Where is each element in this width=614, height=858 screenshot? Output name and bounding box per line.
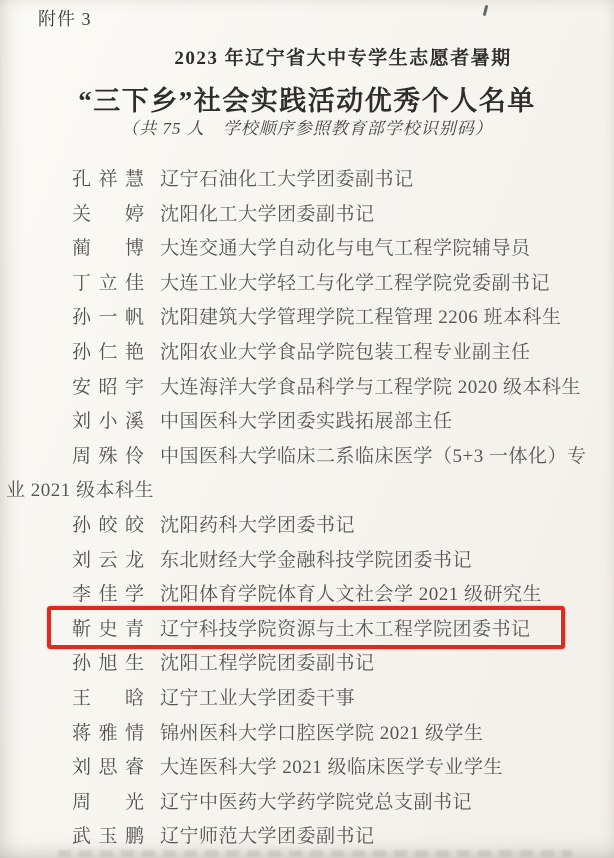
entry-description: 辽宁科技学院资源与土木工程学院团委书记 [160, 619, 531, 640]
entry-description: 沈阳药科大学团委书记 [160, 515, 355, 536]
entry-person-name: 蔺 博 [72, 232, 144, 267]
list-entry: 李佳学沈阳体育学院体育人文社会学 2021 级研究生 [0, 578, 614, 613]
list-entry: 孙旭生沈阳工程学院团委副书记 [0, 647, 614, 682]
entry-line: 蔺 博大连交通大学自动化与电气工程学院辅导员 [0, 232, 614, 267]
entry-description: 大连交通大学自动化与电气工程学院辅导员 [160, 238, 531, 259]
entry-person-name: 靳史青 [72, 613, 144, 648]
list-entry: 刘云龙东北财经大学金融科技学院团委书记 [0, 544, 614, 579]
page-edge-artifact [58, 850, 572, 857]
entry-description: 中国医科大学团委实践拓展部主任 [160, 411, 453, 432]
entry-person-name: 王 晗 [72, 682, 144, 717]
entry-person-name: 李佳学 [72, 578, 144, 613]
entry-description: 中国医科大学临床二系临床医学（5+3 一体化）专 [160, 446, 586, 467]
entry-person-name: 安昭宇 [72, 371, 144, 406]
entry-line: 刘思睿大连医科大学 2021 级临床医学专业学生 [0, 751, 614, 786]
list-entry: 孙仁艳沈阳农业大学食品学院包装工程专业副主任 [0, 336, 614, 371]
list-entry: 孙皎皎沈阳药科大学团委书记 [0, 509, 614, 544]
entry-description: 锦州医科大学口腔医学院 2021 级学生 [160, 723, 484, 744]
entry-line: 孔祥慧辽宁石油化工大学团委副书记 [0, 163, 614, 198]
entry-person-name: 刘思睿 [72, 751, 144, 786]
list-entry: 周 光辽宁中医药大学药学院党总支副书记 [0, 786, 614, 821]
scan-artifact-mark [483, 5, 489, 16]
entry-line: 刘云龙东北财经大学金融科技学院团委书记 [0, 544, 614, 579]
entry-line: 周 光辽宁中医药大学药学院党总支副书记 [0, 786, 614, 821]
entry-person-name: 孙皎皎 [72, 509, 144, 544]
list-entry: 王 晗辽宁工业大学团委干事 [0, 682, 614, 717]
entry-list: 孔祥慧辽宁石油化工大学团委副书记 关 婷沈阳化工大学团委副书记 蔺 博大连交通大… [0, 163, 614, 855]
entry-line: 周殊伶中国医科大学临床二系临床医学（5+3 一体化）专 [0, 440, 614, 475]
entry-description-overflow: 业 2021 级本科生 [0, 474, 614, 509]
entry-description: 沈阳建筑大学管理学院工程管理 2206 班本科生 [160, 307, 562, 328]
entry-line: 丁立佳大连工业大学轻工与化学工程学院党委副书记 [0, 267, 614, 302]
entry-description: 东北财经大学金融科技学院团委书记 [160, 550, 472, 571]
entry-person-name: 蒋雅情 [72, 717, 144, 752]
list-entry: 丁立佳大连工业大学轻工与化学工程学院党委副书记 [0, 267, 614, 302]
list-entry: 靳史青辽宁科技学院资源与土木工程学院团委书记 [0, 613, 614, 648]
entry-description: 沈阳体育学院体育人文社会学 2021 级研究生 [160, 584, 542, 605]
entry-line: 安昭宇大连海洋大学食品科学与工程学院 2020 级本科生 [0, 371, 614, 406]
entry-description: 辽宁石油化工大学团委副书记 [160, 169, 414, 190]
entry-line: 孙仁艳沈阳农业大学食品学院包装工程专业副主任 [0, 336, 614, 371]
entry-person-name: 关 婷 [72, 198, 144, 233]
entry-description: 大连医科大学 2021 级临床医学专业学生 [160, 757, 503, 778]
entry-line: 孙旭生沈阳工程学院团委副书记 [0, 647, 614, 682]
entry-line: 蒋雅情锦州医科大学口腔医学院 2021 级学生 [0, 717, 614, 752]
entry-description: 辽宁中医药大学药学院党总支副书记 [160, 792, 472, 813]
entry-person-name: 孙一帆 [72, 301, 144, 336]
list-entry: 刘小溪中国医科大学团委实践拓展部主任 [0, 405, 614, 440]
document-title-line2: “三下乡”社会实践活动优秀个人名单 [0, 79, 614, 118]
entry-description: 大连海洋大学食品科学与工程学院 2020 级本科生 [160, 377, 581, 398]
entry-description: 大连工业大学轻工与化学工程学院党委副书记 [160, 273, 550, 294]
entry-description: 辽宁工业大学团委干事 [160, 688, 355, 709]
entry-line: 孙一帆沈阳建筑大学管理学院工程管理 2206 班本科生 [0, 301, 614, 336]
document-title-line1: 2023 年辽宁省大中专学生志愿者暑期 [0, 42, 614, 77]
scanned-document-page: 附件 3 2023 年辽宁省大中专学生志愿者暑期 “三下乡”社会实践活动优秀个人… [0, 0, 614, 858]
entry-person-name: 刘云龙 [72, 544, 144, 579]
list-entry: 蒋雅情锦州医科大学口腔医学院 2021 级学生 [0, 717, 614, 752]
entry-line: 王 晗辽宁工业大学团委干事 [0, 682, 614, 717]
entry-person-name: 孙旭生 [72, 647, 144, 682]
entry-description: 沈阳工程学院团委副书记 [160, 653, 375, 674]
list-entry: 孙一帆沈阳建筑大学管理学院工程管理 2206 班本科生 [0, 301, 614, 336]
entry-person-name: 周殊伶 [72, 440, 144, 475]
entry-description: 沈阳化工大学团委副书记 [160, 204, 375, 225]
attachment-label: 附件 3 [38, 5, 92, 31]
entry-person-name: 孔祥慧 [72, 163, 144, 198]
document-subtitle: （共 75 人 学校顺序参照教育部学校识别码） [0, 114, 614, 139]
entry-line: 李佳学沈阳体育学院体育人文社会学 2021 级研究生 [0, 578, 614, 613]
entry-line: 孙皎皎沈阳药科大学团委书记 [0, 509, 614, 544]
entry-line: 刘小溪中国医科大学团委实践拓展部主任 [0, 405, 614, 440]
entry-person-name: 丁立佳 [72, 267, 144, 302]
entry-person-name: 刘小溪 [72, 405, 144, 440]
list-entry: 蔺 博大连交通大学自动化与电气工程学院辅导员 [0, 232, 614, 267]
list-entry: 关 婷沈阳化工大学团委副书记 [0, 198, 614, 233]
entry-person-name: 孙仁艳 [72, 336, 144, 371]
list-entry: 周殊伶中国医科大学临床二系临床医学（5+3 一体化）专 业 2021 级本科生 [0, 440, 614, 509]
entry-person-name: 周 光 [72, 786, 144, 821]
list-entry: 刘思睿大连医科大学 2021 级临床医学专业学生 [0, 751, 614, 786]
list-entry: 安昭宇大连海洋大学食品科学与工程学院 2020 级本科生 [0, 371, 614, 406]
entry-description: 沈阳农业大学食品学院包装工程专业副主任 [160, 342, 531, 363]
entry-description: 辽宁师范大学团委副书记 [160, 826, 375, 847]
list-entry: 孔祥慧辽宁石油化工大学团委副书记 [0, 163, 614, 198]
entry-line: 关 婷沈阳化工大学团委副书记 [0, 198, 614, 233]
entry-line: 靳史青辽宁科技学院资源与土木工程学院团委书记 [0, 613, 614, 648]
